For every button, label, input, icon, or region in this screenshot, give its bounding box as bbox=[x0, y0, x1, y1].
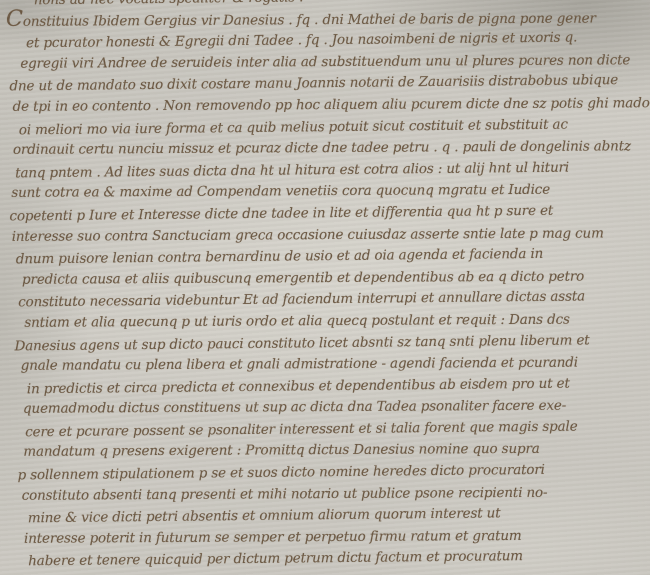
manuscript-text: nons ad hec vocatis spealiter & rogatis … bbox=[4, 0, 650, 573]
manuscript-page: nons ad hec vocatis spealiter & rogatis … bbox=[0, 0, 650, 575]
